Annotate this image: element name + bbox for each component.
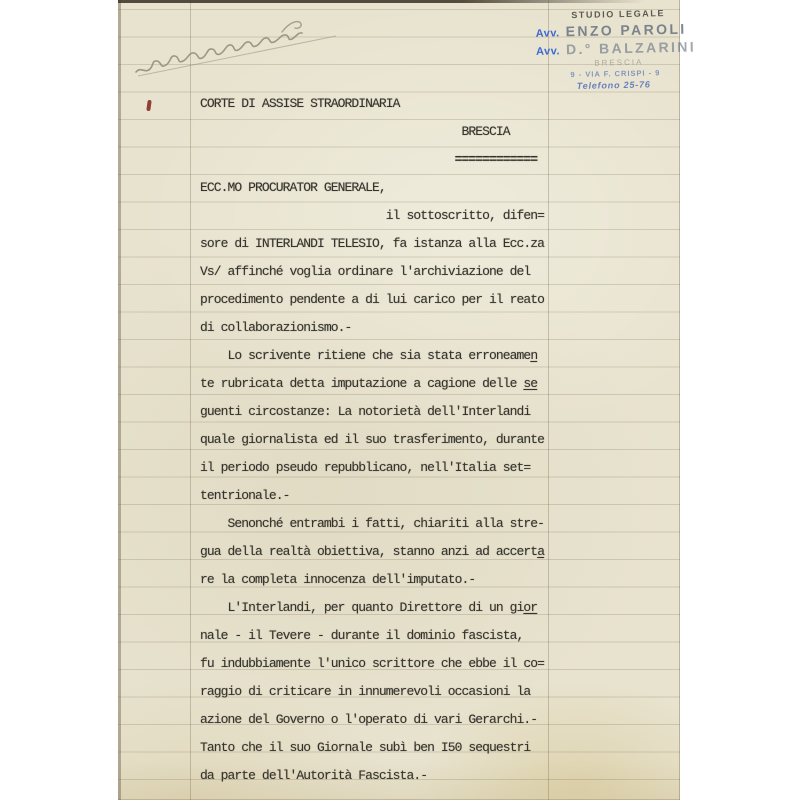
typed-line: tentrionale.- [200,482,544,510]
typed-line: Senonché entrambi i fatti, chiariti alla… [200,510,544,538]
typed-line: L'Interlandi, per quanto Direttore di un… [200,594,544,622]
margin-rule-left [190,0,191,800]
document-page: STUDIO LEGALE Avv. ENZO PAROLI Avv. D.° … [118,0,680,800]
typed-text-body: CORTE DI ASSISE STRAORDINARIA BRESCIA ==… [200,90,544,790]
typed-line: Lo scrivente ritiene che sia stata erron… [200,342,544,370]
typed-line: Vs/ affinché voglia ordinare l'archiviaz… [200,258,544,286]
typed-line: te rubricata detta imputazione a cagione… [200,370,544,398]
typed-line: ECC.MO PROCURATOR GENERALE, [200,174,544,202]
stamp-lawyer-1: Avv. ENZO PAROLI [535,21,710,40]
typed-line: di collaborazionismo.- [200,314,544,342]
typed-line: procedimento pendente a di lui carico pe… [200,286,544,314]
stamp-avv-prefix: Avv. [536,46,560,58]
stamp-lawyer-2: Avv. D.° BALZARINI [536,39,711,58]
typed-line: nale - il Tevere - durante il dominio fa… [200,622,544,650]
typed-line: Tanto che il suo Giornale subì ben I50 s… [200,734,544,762]
typed-line: ============ [200,146,544,174]
typed-line: re la completa innocenza dell'imputato.- [200,566,544,594]
stamp-lawyer-name: ENZO PAROLI [565,22,686,39]
typed-line: fu indubbiamente l'unico scrittore che e… [200,650,544,678]
typed-line: quale giornalista ed il suo trasferiment… [200,426,544,454]
margin-rule-right [548,0,549,800]
typed-line: sore di INTERLANDI TELESIO, fa istanza a… [200,230,544,258]
stamp-lawyer-name: D.° BALZARINI [566,39,696,56]
typed-line: CORTE DI ASSISE STRAORDINARIA [200,90,544,118]
law-firm-stamp: STUDIO LEGALE Avv. ENZO PAROLI Avv. D.° … [535,8,712,91]
stamp-city: BRESCIA [536,57,711,69]
typed-line: BRESCIA [200,118,544,146]
typed-line: il sottoscritto, difen= [200,202,544,230]
typed-line: gua della realtà obiettiva, stanno anzi … [200,538,544,566]
handwritten-annotation [132,6,344,84]
typed-line: azione del Governo o l'operato di vari G… [200,706,544,734]
typed-line: raggio di criticare in innumerevoli occa… [200,678,544,706]
typed-line: guenti circostanze: La notorietà dell'In… [200,398,544,426]
stamp-avv-prefix: Avv. [536,28,560,40]
stamp-address: 9 - VIA F. CRISPI - 9 [536,68,711,79]
scanned-photo: STUDIO LEGALE Avv. ENZO PAROLI Avv. D.° … [0,0,800,800]
scan-background: { "page": { "background_color": "#ffffff… [0,0,800,800]
typed-line: il periodo pseudo repubblicano, nell'Ita… [200,454,544,482]
stamp-phone: Telefono 25-76 [537,79,712,92]
scan-edge-shadow [118,0,646,3]
typed-line: da parte dell'Autorità Fascista.- [200,762,544,790]
